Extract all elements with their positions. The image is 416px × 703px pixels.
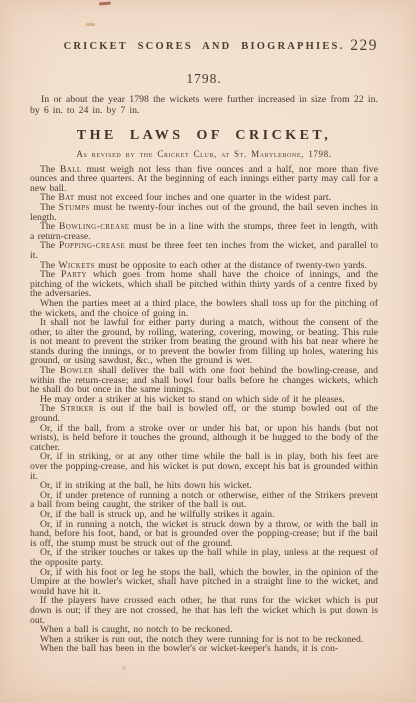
- laws-subtitle: As revised by the Cricket Club, at St. M…: [30, 149, 378, 159]
- law-text: The: [40, 240, 59, 251]
- law-paragraph: The Striker is out if the bail is bowled…: [30, 404, 378, 423]
- law-term: Stumps: [59, 202, 90, 213]
- law-text: If the players have crossed each other, …: [30, 595, 378, 625]
- law-paragraph: Or, if the ball, from a stroke over or u…: [30, 424, 378, 453]
- law-paragraph: Or, if in striking, or at any other time…: [30, 452, 378, 481]
- laws-title: THE LAWS OF CRICKET,: [30, 128, 378, 144]
- year-heading: 1798.: [30, 71, 378, 87]
- law-paragraph: The Party which goes from home shall hav…: [30, 270, 378, 299]
- law-paragraph: The Popping-crease must be three feet te…: [30, 241, 378, 260]
- law-term: Striker: [60, 403, 93, 414]
- law-paragraph: The Bowler shall deliver the ball with o…: [30, 366, 378, 395]
- law-text: Or, if the striker touches or takes up t…: [30, 547, 378, 568]
- law-text: Or, if in striking, or at any other time…: [30, 451, 378, 481]
- law-text: Or, if under pretence of running a notch…: [30, 490, 378, 511]
- law-paragraph: It shall not be lawful for either party …: [30, 318, 378, 366]
- law-text: When the parties meet at a third place, …: [30, 298, 378, 319]
- running-title: CRICKET SCORES AND BIOGRAPHIES.: [64, 41, 345, 52]
- law-text: Or, if the ball, from a stroke over or u…: [30, 423, 378, 453]
- law-paragraph: When the ball has been in the bowler's o…: [30, 644, 378, 654]
- law-paragraph: If the players have crossed each other, …: [30, 596, 378, 625]
- page-number: 229: [350, 37, 378, 55]
- law-paragraph: Or, if with his foot or leg he stops the…: [30, 568, 378, 597]
- law-paragraph: When the parties meet at a third place, …: [30, 299, 378, 318]
- text-column: CRICKET SCORES AND BIOGRAPHIES. 229 1798…: [30, 0, 378, 654]
- law-paragraph: Or, if in running a notch, the wicket is…: [30, 520, 378, 549]
- ink-speck: [122, 666, 126, 670]
- law-text: It shall not be lawful for either party …: [30, 317, 378, 366]
- law-paragraph: Or, if the striker touches or takes up t…: [30, 548, 378, 567]
- law-paragraph: The Stumps must be twenty-four inches ou…: [30, 203, 378, 222]
- law-text: When the ball has been in the bowler's o…: [40, 643, 338, 654]
- laws-text: The Ball must weigh not less than five o…: [30, 165, 378, 654]
- law-term: Popping-crease: [59, 240, 125, 251]
- law-text: must weigh not less than five ounces and…: [30, 164, 378, 194]
- law-paragraph: The Bowling-crease must be in a line wit…: [30, 222, 378, 241]
- intro-paragraph: In or about the year 1798 the wickets we…: [30, 95, 378, 117]
- running-header: CRICKET SCORES AND BIOGRAPHIES. 229: [30, 41, 378, 52]
- law-paragraph: The Ball must weigh not less than five o…: [30, 165, 378, 194]
- law-paragraph: Or, if under pretence of running a notch…: [30, 491, 378, 510]
- law-text: Or, if in running a notch, the wicket is…: [30, 519, 378, 549]
- law-text: Or, if with his foot or leg he stops the…: [30, 567, 378, 597]
- book-page: CRICKET SCORES AND BIOGRAPHIES. 229 1798…: [0, 0, 416, 703]
